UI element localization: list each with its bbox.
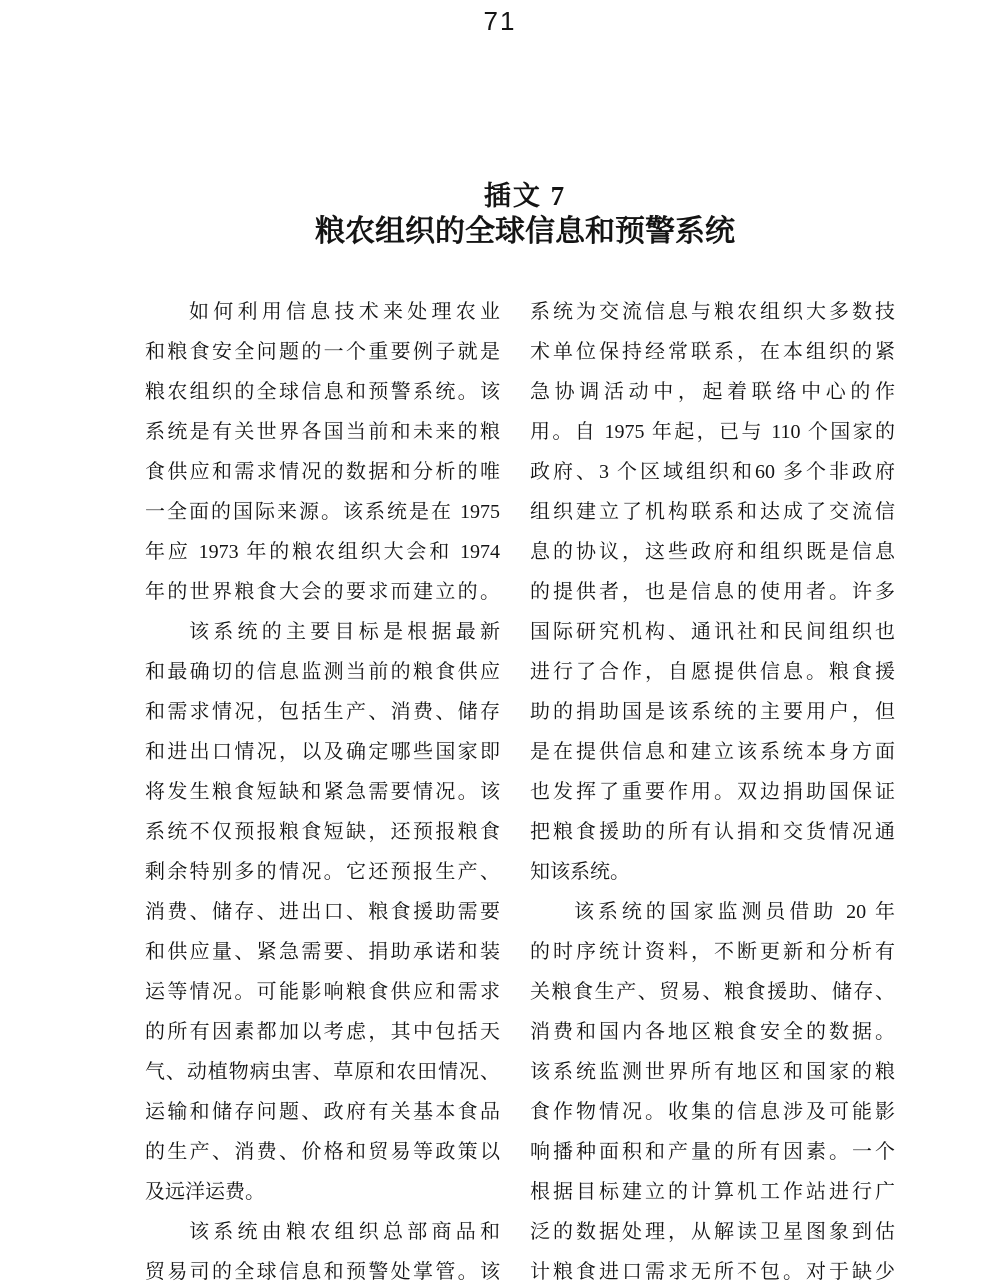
text-line: 政府、3 个区域组织和60 多个非政府 [530, 452, 895, 492]
text-line: 的生产、消费、价格和贸易等政策以 [145, 1132, 500, 1172]
text-line: 把粮食援助的所有认捐和交货情况通 [530, 812, 895, 852]
page-number: 71 [0, 6, 1000, 37]
text-line: 消费、储存、进出口、粮食援助需要 [145, 892, 500, 932]
text-line: 气、动植物病虫害、草原和农田情况、 [145, 1052, 500, 1092]
text-line: 如何利用信息技术来处理农业 [145, 292, 500, 332]
text-line: 和最确切的信息监测当前的粮食供应 [145, 652, 500, 692]
text-line: 贸易司的全球信息和预警处掌管。该 [145, 1252, 500, 1288]
text-line: 年的世界粮食大会的要求而建立的。 [145, 572, 500, 612]
right-column: 系统为交流信息与粮农组织大多数技术单位保持经常联系，在本组织的紧急协调活动中，起… [530, 292, 895, 1288]
text-line: 助的捐助国是该系统的主要用户，但 [530, 692, 895, 732]
text-line: 术单位保持经常联系，在本组织的紧 [530, 332, 895, 372]
text-line: 将发生粮食短缺和紧急需要情况。该 [145, 772, 500, 812]
document-page: 71 插文 7 粮农组织的全球信息和预警系统 如何利用信息技术来处理农业和粮食安… [0, 0, 1000, 1288]
text-line: 年应 1973 年的粮农组织大会和 1974 [145, 532, 500, 572]
text-line: 计粮食进口需求无所不包。对于缺少 [530, 1252, 895, 1288]
text-columns: 如何利用信息技术来处理农业和粮食安全问题的一个重要例子就是粮农组织的全球信息和预… [145, 292, 895, 1288]
text-line: 该系统的国家监测员借助 20 年 [530, 892, 895, 932]
left-column: 如何利用信息技术来处理农业和粮食安全问题的一个重要例子就是粮农组织的全球信息和预… [145, 292, 500, 1288]
text-line: 响播种面积和产量的所有因素。一个 [530, 1132, 895, 1172]
text-line: 国际研究机构、通讯社和民间组织也 [530, 612, 895, 652]
text-line: 用。自 1975 年起，已与 110 个国家的 [530, 412, 895, 452]
text-line: 一全面的国际来源。该系统是在 1975 [145, 492, 500, 532]
text-line: 急协调活动中，起着联络中心的作 [530, 372, 895, 412]
text-line: 系统不仅预报粮食短缺，还预报粮食 [145, 812, 500, 852]
text-line: 的提供者，也是信息的使用者。许多 [530, 572, 895, 612]
text-line: 的时序统计资料，不断更新和分析有 [530, 932, 895, 972]
text-line: 消费和国内各地区粮食安全的数据。 [530, 1012, 895, 1052]
text-line: 组织建立了机构联系和达成了交流信 [530, 492, 895, 532]
text-line: 关粮食生产、贸易、粮食援助、储存、 [530, 972, 895, 1012]
text-line: 和进出口情况，以及确定哪些国家即 [145, 732, 500, 772]
text-line: 知该系统。 [530, 852, 895, 892]
text-line: 系统为交流信息与粮农组织大多数技 [530, 292, 895, 332]
text-line: 的所有因素都加以考虑，其中包括天 [145, 1012, 500, 1052]
text-line: 该系统的主要目标是根据最新 [145, 612, 500, 652]
text-line: 食供应和需求情况的数据和分析的唯 [145, 452, 500, 492]
text-line: 和需求情况，包括生产、消费、储存 [145, 692, 500, 732]
text-line: 息的协议，这些政府和组织既是信息 [530, 532, 895, 572]
text-line: 该系统监测世界所有地区和国家的粮 [530, 1052, 895, 1092]
text-line: 泛的数据处理，从解读卫星图象到估 [530, 1212, 895, 1252]
text-line: 该系统由粮农组织总部商品和 [145, 1212, 500, 1252]
document-title: 粮农组织的全球信息和预警系统 [145, 206, 905, 250]
text-line: 及远洋运费。 [145, 1172, 500, 1212]
text-line: 食作物情况。收集的信息涉及可能影 [530, 1092, 895, 1132]
text-line: 进行了合作，自愿提供信息。粮食援 [530, 652, 895, 692]
text-line: 运等情况。可能影响粮食供应和需求 [145, 972, 500, 1012]
text-line: 和供应量、紧急需要、捐助承诺和装 [145, 932, 500, 972]
text-line: 剩余特别多的情况。它还预报生产、 [145, 852, 500, 892]
text-line: 粮农组织的全球信息和预警系统。该 [145, 372, 500, 412]
text-line: 也发挥了重要作用。双边捐助国保证 [530, 772, 895, 812]
text-line: 和粮食安全问题的一个重要例子就是 [145, 332, 500, 372]
text-line: 根据目标建立的计算机工作站进行广 [530, 1172, 895, 1212]
text-line: 系统是有关世界各国当前和未来的粮 [145, 412, 500, 452]
text-line: 运输和储存问题、政府有关基本食品 [145, 1092, 500, 1132]
text-line: 是在提供信息和建立该系统本身方面 [530, 732, 895, 772]
